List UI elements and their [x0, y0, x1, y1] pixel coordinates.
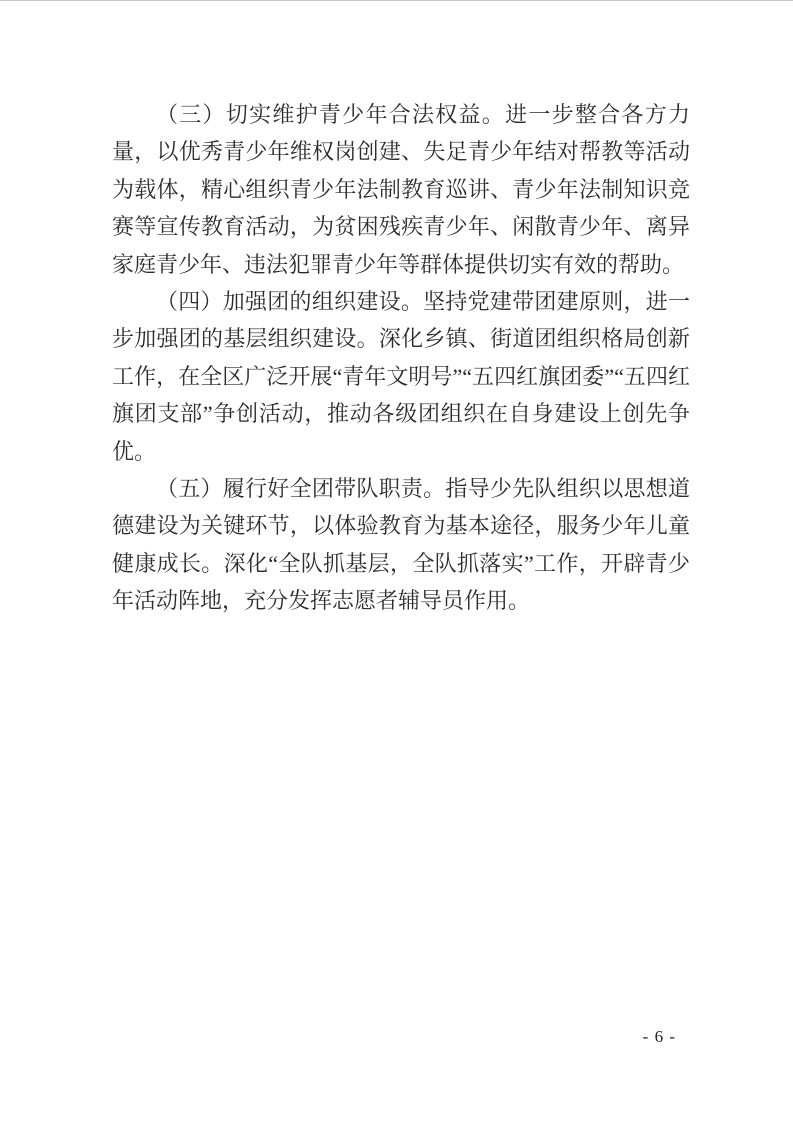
paragraph-section-5: （五）履行好全团带队职责。指导少先队组织以思想道德建设为关键环节，以体验教育为基… — [112, 470, 690, 620]
document-page: （三）切实维护青少年合法权益。进一步整合各方力量，以优秀青少年维权岗创建、失足青… — [0, 0, 793, 1122]
paragraph-section-3: （三）切实维护青少年合法权益。进一步整合各方力量，以优秀青少年维权岗创建、失足青… — [112, 96, 690, 283]
document-body: （三）切实维护青少年合法权益。进一步整合各方力量，以优秀青少年维权岗创建、失足青… — [112, 96, 690, 620]
page-number: - 6 - — [0, 1027, 676, 1047]
paragraph-section-4: （四）加强团的组织建设。坚持党建带团建原则，进一步加强团的基层组织建设。深化乡镇… — [112, 283, 690, 470]
